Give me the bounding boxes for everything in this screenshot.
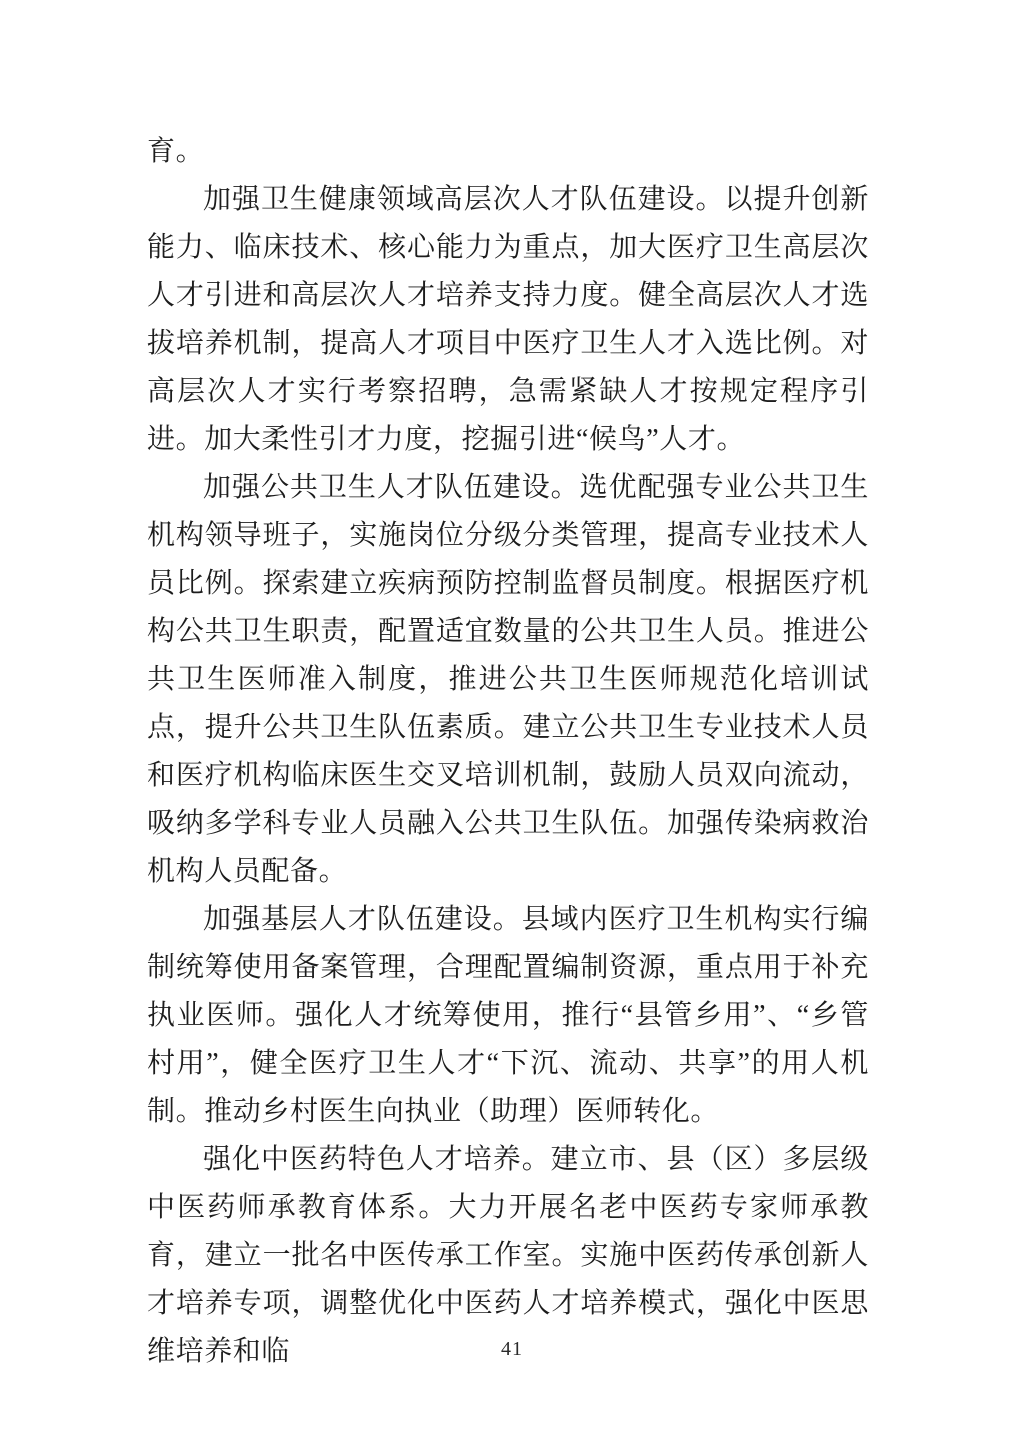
document-page: 育。 加强卫生健康领域高层次人才队伍建设。以提升创新能力、临床技术、核心能力为重…: [0, 0, 1024, 1448]
paragraph-high-level-talent: 加强卫生健康领域高层次人才队伍建设。以提升创新能力、临床技术、核心能力为重点，加…: [147, 176, 869, 464]
paragraph-grassroots-talent: 加强基层人才队伍建设。县域内医疗卫生机构实行编制统筹使用备案管理，合理配置编制资…: [147, 896, 869, 1136]
page-footer: 41: [0, 1338, 1024, 1361]
paragraph-public-health-talent: 加强公共卫生人才队伍建设。选优配强专业公共卫生机构领导班子，实施岗位分级分类管理…: [147, 464, 869, 896]
paragraph-continuation: 育。: [147, 128, 869, 176]
document-body: 育。 加强卫生健康领域高层次人才队伍建设。以提升创新能力、临床技术、核心能力为重…: [147, 128, 869, 1376]
page-number: 41: [501, 1338, 523, 1360]
